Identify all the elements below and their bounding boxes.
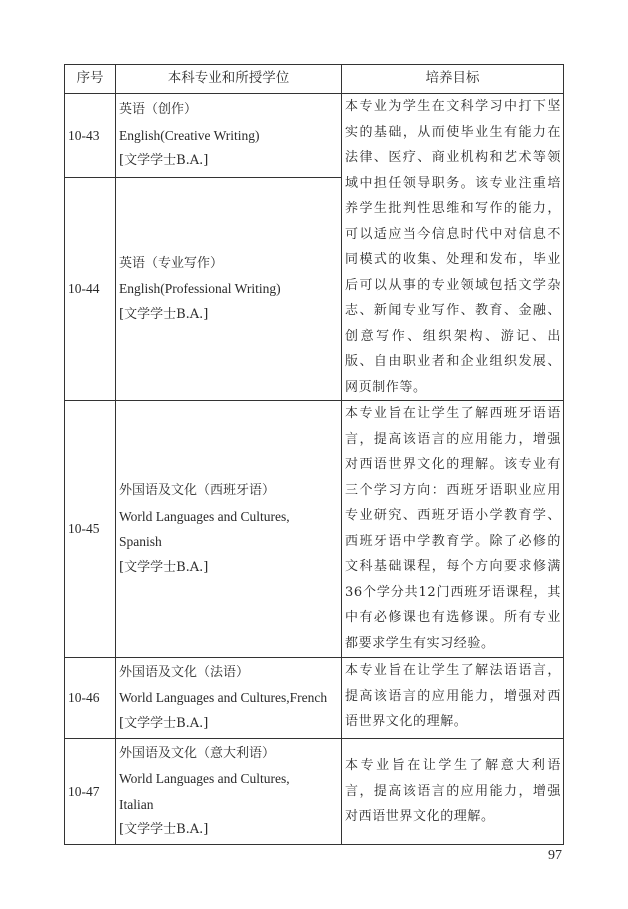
degree: [文学学士B.A.] <box>119 817 341 843</box>
header-goal: 培养目标 <box>342 65 564 94</box>
major-cn: 外国语及文化（西班牙语） <box>119 478 341 504</box>
row-index: 10-45 <box>65 401 116 658</box>
degree: [文学学士B.A.] <box>119 148 341 174</box>
major-en: English(Creative Writing) <box>119 123 341 149</box>
majors-table: 序号 本科专业和所授学位 培养目标 10-43 英语（创作） English(C… <box>64 64 564 845</box>
major-en-cont: Italian <box>119 792 341 818</box>
table-row: 10-47 外国语及文化（意大利语） World Languages and C… <box>65 739 564 845</box>
major-en: English(Professional Writing) <box>119 276 341 302</box>
major-cell: 英语（创作） English(Creative Writing) [文学学士B.… <box>116 94 342 178</box>
table-row: 10-45 外国语及文化（西班牙语） World Languages and C… <box>65 401 564 658</box>
major-en: World Languages and Cultures, <box>119 504 341 530</box>
degree: [文学学士B.A.] <box>119 302 341 328</box>
major-cn: 外国语及文化（法语） <box>119 660 341 686</box>
major-cn: 英语（创作） <box>119 97 341 123</box>
row-index: 10-47 <box>65 739 116 845</box>
major-cell: 英语（专业写作） English(Professional Writing) [… <box>116 178 342 401</box>
major-cn: 英语（专业写作） <box>119 251 341 277</box>
major-cell: 外国语及文化（法语） World Languages and Cultures,… <box>116 658 342 739</box>
major-cn: 外国语及文化（意大利语） <box>119 741 341 767</box>
goal-cell: 本专业旨在让学生了解法语语言，提高该语言的应用能力，增强对西语世界文化的理解。 <box>342 658 564 739</box>
header-major: 本科专业和所授学位 <box>116 65 342 94</box>
table-header-row: 序号 本科专业和所授学位 培养目标 <box>65 65 564 94</box>
major-cell: 外国语及文化（意大利语） World Languages and Culture… <box>116 739 342 845</box>
major-cell: 外国语及文化（西班牙语） World Languages and Culture… <box>116 401 342 658</box>
major-en-cont: Spanish <box>119 529 341 555</box>
row-index: 10-44 <box>65 178 116 401</box>
goal-cell: 本专业旨在让学生了解意大利语言，提高该语言的应用能力，增强对西语世界文化的理解。 <box>342 739 564 845</box>
goal-cell: 本专业为学生在文科学习中打下坚实的基础，从而使毕业生有能力在法律、医疗、商业机构… <box>342 94 564 401</box>
table-row: 10-43 英语（创作） English(Creative Writing) [… <box>65 94 564 178</box>
major-en: World Languages and Cultures,French <box>119 685 341 711</box>
table-row: 10-46 外国语及文化（法语） World Languages and Cul… <box>65 658 564 739</box>
row-index: 10-46 <box>65 658 116 739</box>
page-number: 97 <box>548 848 562 864</box>
row-index: 10-43 <box>65 94 116 178</box>
degree: [文学学士B.A.] <box>119 555 341 581</box>
major-en: World Languages and Cultures, <box>119 766 341 792</box>
header-index: 序号 <box>65 65 116 94</box>
degree: [文学学士B.A.] <box>119 711 341 737</box>
goal-cell: 本专业旨在让学生了解西班牙语语言，提高该语言的应用能力，增强对西语世界文化的理解… <box>342 401 564 658</box>
